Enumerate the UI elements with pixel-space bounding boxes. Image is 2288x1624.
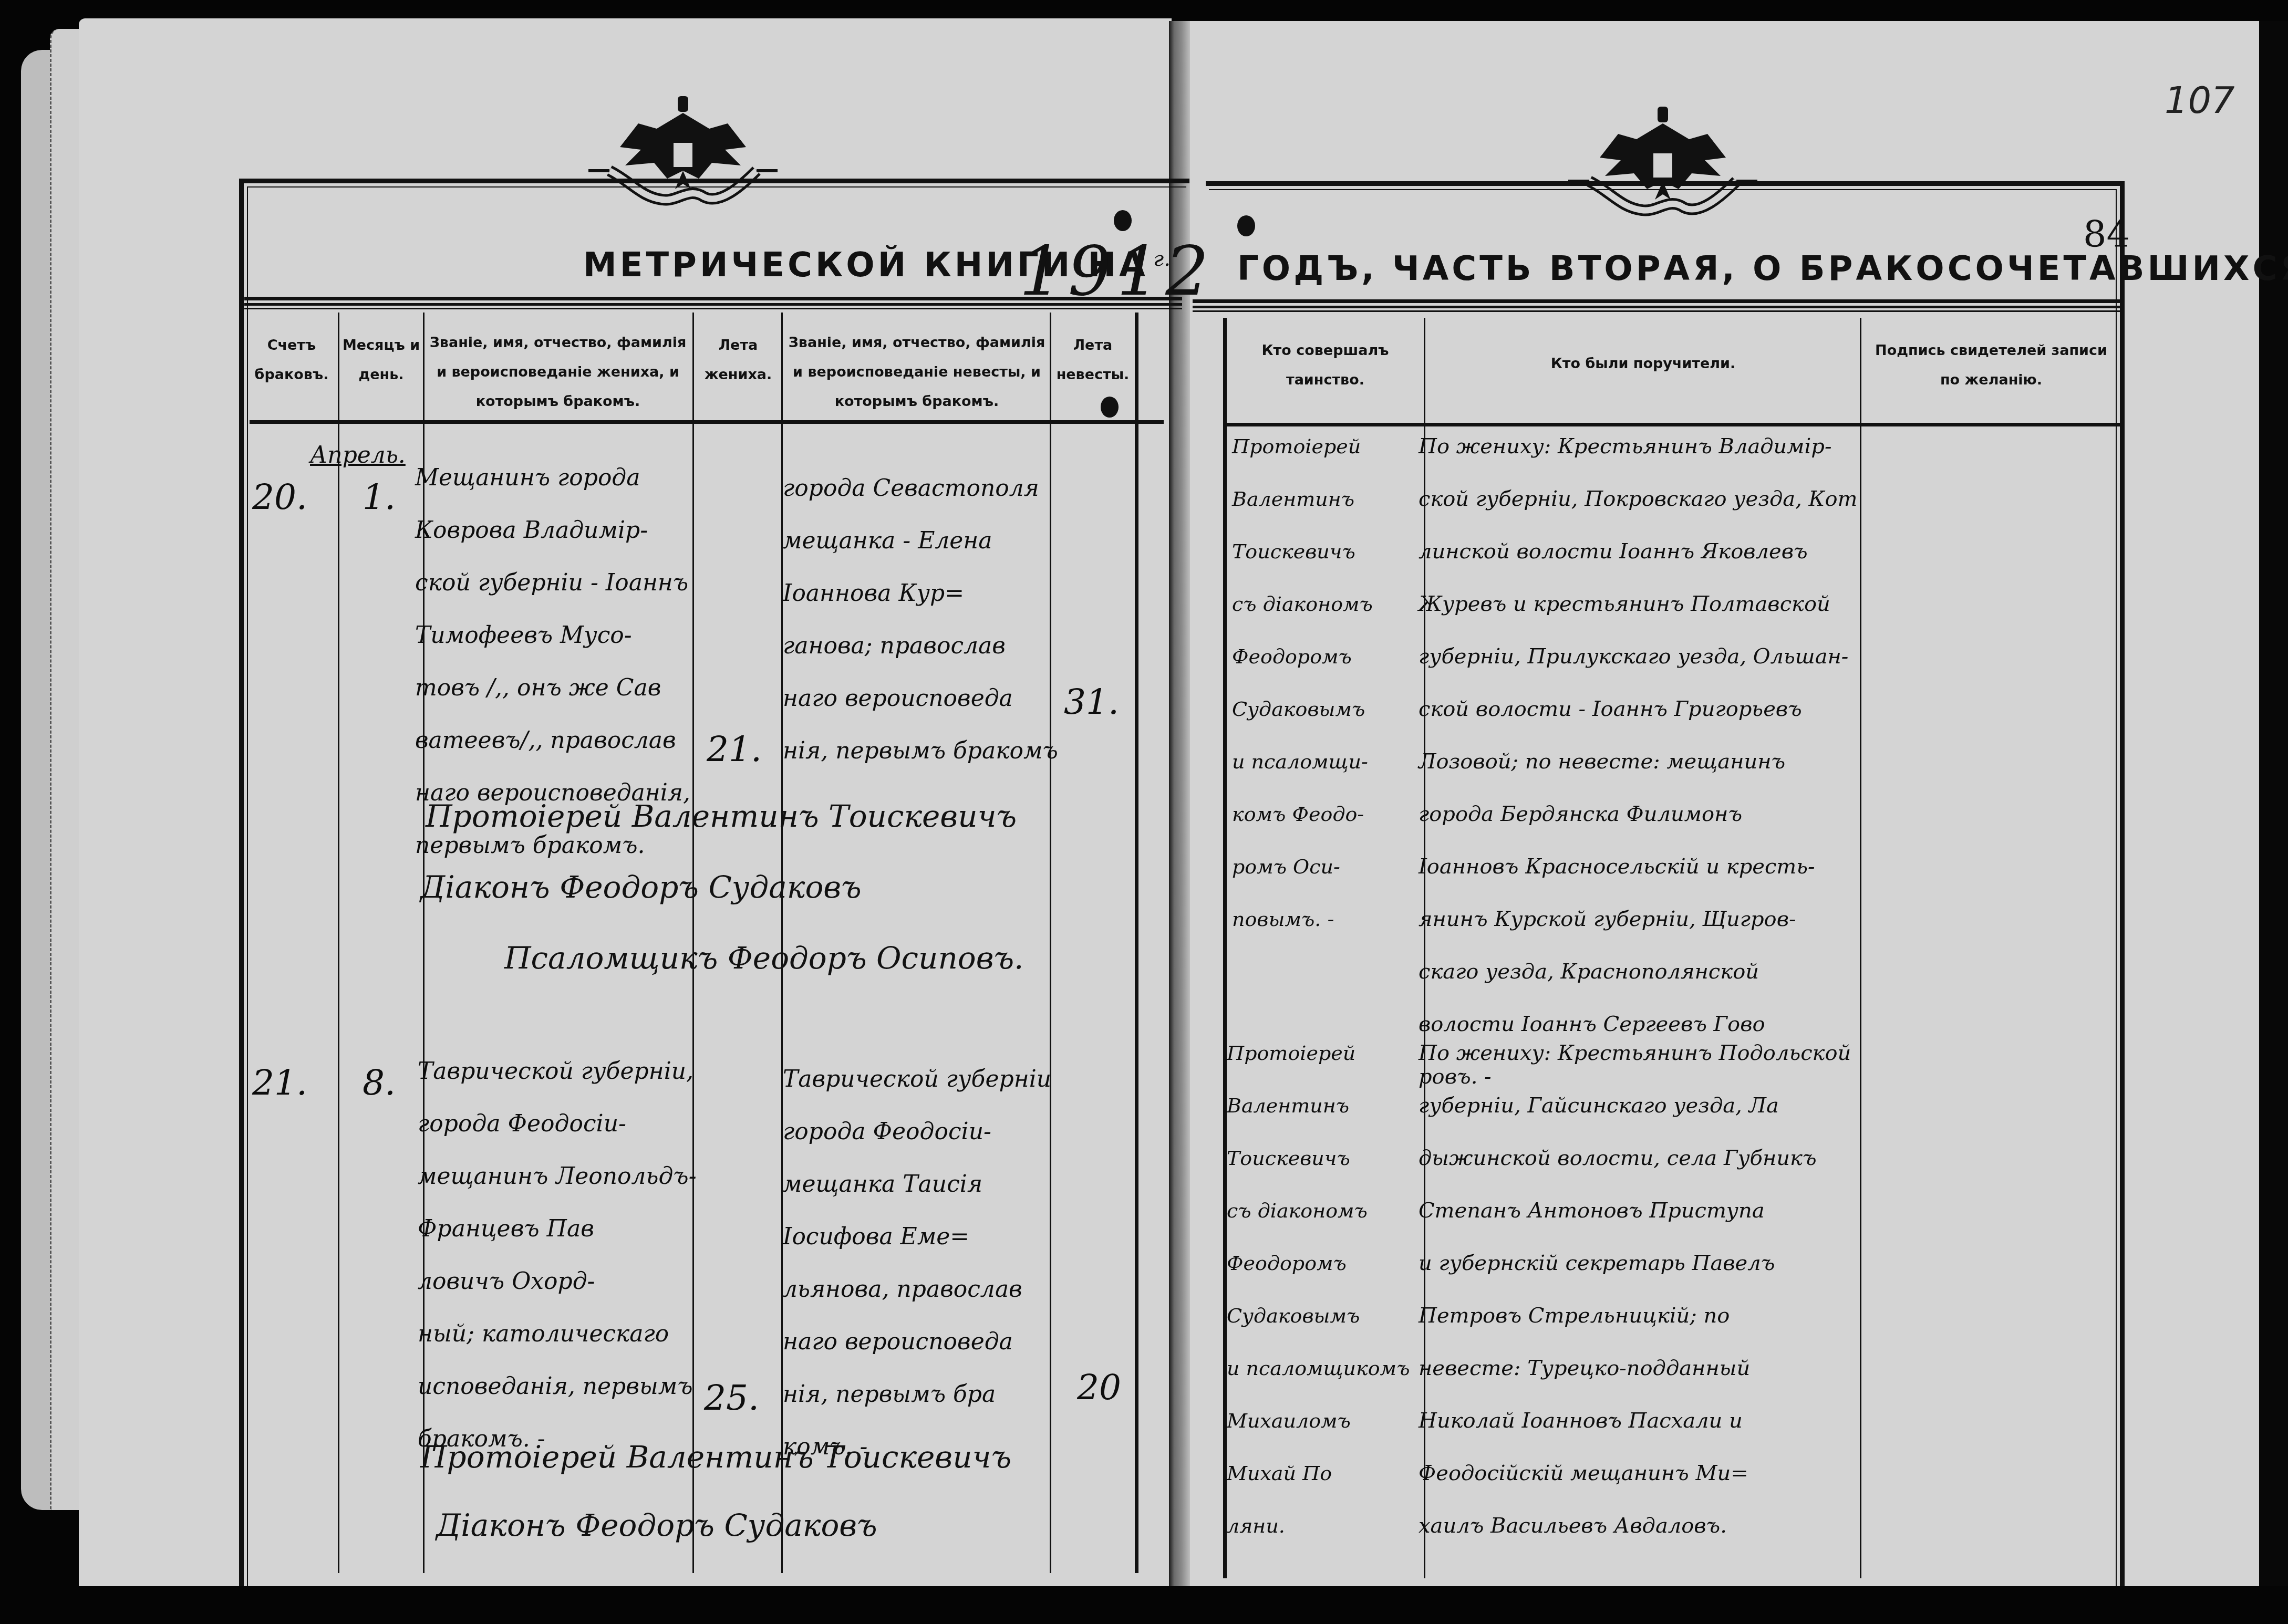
entry-day: 1.	[363, 470, 396, 525]
column-header-month-day: Месяцъ и день.	[340, 331, 422, 390]
column-header-count: Счетъ браковъ.	[247, 331, 336, 390]
groom-age: 25.	[704, 1371, 759, 1425]
year-suffix: г.	[1153, 247, 1171, 271]
bride-details: Таврической губерніи города Феодосіи- ме…	[783, 1053, 1051, 1473]
officiant-details: Протоіерей Валентинъ Тоискевичъ съ діако…	[1227, 1027, 1410, 1552]
entry-number: 21.	[252, 1056, 307, 1110]
binding-punch-hole	[1101, 397, 1119, 418]
clergy-signature: Псаломщикъ Феодоръ Осиповъ.	[504, 940, 1024, 976]
entry-day: 8.	[363, 1056, 396, 1110]
page-title-right: ГОДЪ, ЧАСТЬ ВТОРАЯ, О БРАКОСОЧЕТАВШИХСЯ.	[1237, 249, 2288, 288]
column-divider	[1135, 313, 1138, 1573]
pencil-folio-number: 107	[2165, 79, 2235, 122]
binding-punch-hole	[1237, 215, 1255, 236]
bride-details: города Севастополя мещанка - Елена Іоанн…	[783, 462, 1058, 777]
header-rule-right	[1193, 299, 2120, 313]
column-divider	[1223, 318, 1227, 1578]
clergy-signature: Протоіерей Валентинъ Тоискевичъ	[420, 1439, 1011, 1475]
header-rule-left	[244, 297, 1182, 310]
groom-age: 21.	[707, 722, 762, 777]
scan-border-bottom	[0, 1586, 2288, 1624]
binding-punch-hole	[1114, 210, 1132, 231]
column-header-groom-age: Лета жениха.	[696, 331, 780, 390]
column-divider	[338, 313, 339, 1573]
groom-details: Таврической губерніи, города Феодосіи- м…	[418, 1045, 697, 1465]
clergy-signature: Протоіерей Валентинъ Тоискевичъ	[426, 798, 1017, 834]
officiant-details: Протоіерей Валентинъ Тоискевичъ съ діако…	[1232, 420, 1373, 945]
column-header-witness-signatures: Подпись свидетелей записи по желанію.	[1865, 336, 2117, 395]
printed-folio-number: 84	[2083, 213, 2130, 256]
bride-age: 20	[1077, 1360, 1121, 1415]
column-header-groom: Званіе, имя, отчество, фамилія и вероисп…	[427, 328, 689, 417]
column-header-officiant: Кто совершалъ таинство.	[1229, 336, 1421, 395]
sponsors-details: По жениху: Крестьянинъ Подольской губерн…	[1419, 1027, 1851, 1552]
entry-number: 20.	[252, 470, 307, 525]
column-header-bottom-rule-left	[250, 420, 1164, 424]
clergy-signature: Діаконъ Феодоръ Судаковъ	[436, 1507, 877, 1543]
bride-age: 31.	[1064, 675, 1119, 730]
column-header-bride-age: Лета невесты.	[1053, 331, 1132, 390]
clergy-signature: Діаконъ Феодоръ Судаковъ	[420, 869, 862, 905]
column-header-bride: Званіе, имя, отчество, фамилія и вероисп…	[785, 328, 1048, 417]
column-header-sponsors: Кто были поручители.	[1429, 349, 1857, 379]
sponsors-details: По жениху: Крестьянинъ Владимір- ской гу…	[1419, 420, 1858, 1103]
column-divider	[1860, 318, 1861, 1578]
